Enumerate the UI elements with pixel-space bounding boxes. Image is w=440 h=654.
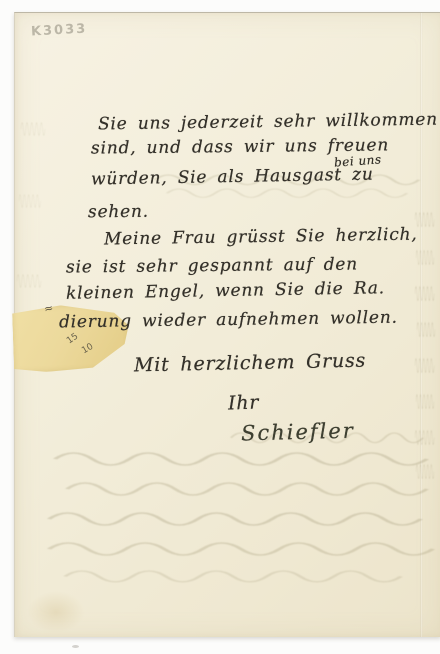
letter-line: sehen.	[88, 202, 149, 223]
letter-paper: K3033	[14, 12, 440, 637]
closing-line: Ihr	[228, 391, 260, 414]
stain	[27, 591, 85, 633]
speck	[72, 645, 79, 648]
scanned-letter-page: K3033	[0, 0, 440, 654]
signature: Schiefler	[241, 419, 355, 446]
letter-line: sie ist sehr gespannt auf den	[66, 254, 358, 277]
